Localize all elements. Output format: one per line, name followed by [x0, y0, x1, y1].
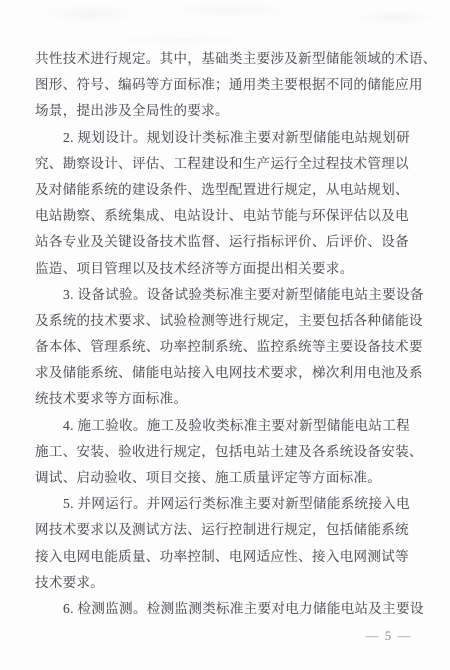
text-line-9: 监造、项目管理以及技术经济等方面提出相关要求。: [35, 256, 431, 282]
text-line-22: 6. 检测监测。检测监测类标准主要对电力储能电站及主要设: [35, 596, 431, 622]
text-line-2: 图形、符号、编码等方面标准；通用类主要根据不同的储能应用: [35, 72, 431, 98]
text-line-12: 备本体、管理系统、功率控制系统、监控系统等主要设备技术要: [35, 334, 431, 360]
text-line-16: 施工、安装、验收进行规定，包括电站土建及各系统设备安装、: [35, 439, 431, 465]
text-line-21: 技术要求。: [35, 570, 431, 596]
scan-smudge: [0, 0, 450, 48]
text-line-1: 共性技术进行规定。其中，基础类主要涉及新型储能领域的术语、: [35, 46, 431, 72]
body-text: 共性技术进行规定。其中，基础类主要涉及新型储能领域的术语、 图形、符号、编码等方…: [35, 46, 431, 622]
text-line-13: 求及储能系统、储能电站接入电网技术要求，梯次利用电池及系: [35, 360, 431, 386]
text-line-4: 2. 规划设计。规划设计类标准主要对新型储能电站规划研: [35, 125, 431, 151]
text-line-5: 究、勘察设计、评估、工程建设和生产运行全过程技术管理以: [35, 151, 431, 177]
text-line-19: 网技术要求以及测试方法、运行控制进行规定，包括储能系统: [35, 517, 431, 543]
text-line-17: 调试、启动验收、项目交接、施工质量评定等方面标准。: [35, 465, 431, 491]
text-line-7: 电站勘察、系统集成、电站设计、电站节能与环保评估以及电: [35, 203, 431, 229]
text-line-6: 及对储能系统的建设条件、选型配置进行规定，从电站规划、: [35, 177, 431, 203]
text-line-14: 统技术要求等方面标准。: [35, 386, 431, 412]
text-line-20: 接入电网电能质量、功率控制、电网适应性、接入电网测试等: [35, 544, 431, 570]
text-line-15: 4. 施工验收。施工及验收类标准主要对新型储能电站工程: [35, 413, 431, 439]
text-line-10: 3. 设备试验。设备试验类标准主要对新型储能电站主要设备: [35, 282, 431, 308]
text-line-11: 及系统的技术要求、试验检测等进行规定，主要包括各种储能设: [35, 308, 431, 334]
text-line-18: 5. 并网运行。并网运行类标准主要对新型储能系统接入电: [35, 491, 431, 517]
text-line-3: 场景，提出涉及全局性的要求。: [35, 98, 431, 124]
text-line-8: 站各专业及关键设备技术监督、运行指标评价、后评价、设备: [35, 229, 431, 255]
document-page: 共性技术进行规定。其中，基础类主要涉及新型储能领域的术语、 图形、符号、编码等方…: [0, 0, 450, 670]
page-number: — 5 —: [366, 627, 413, 645]
